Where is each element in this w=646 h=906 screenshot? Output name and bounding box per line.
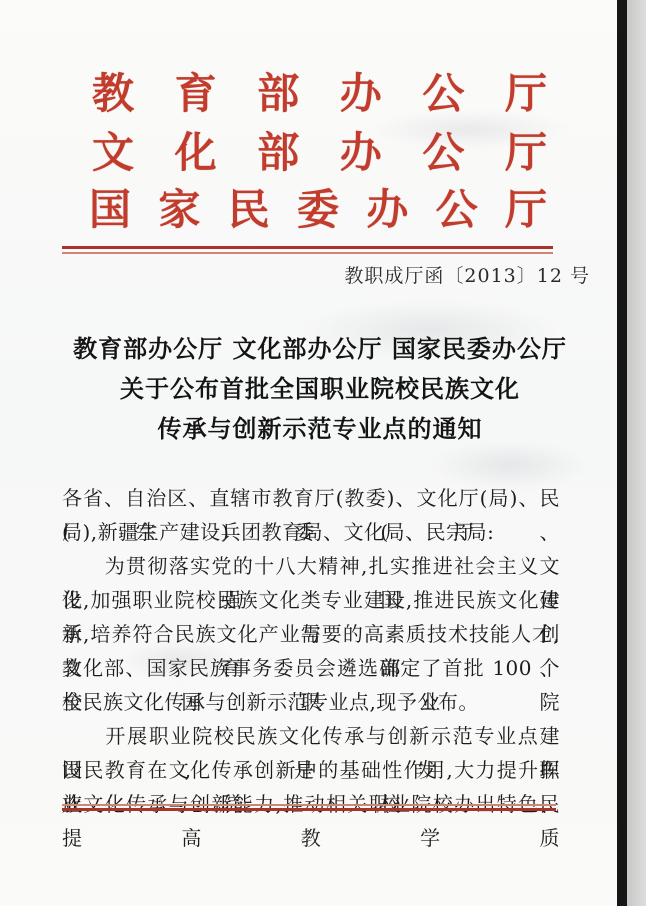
letterhead-character: 国 — [89, 188, 131, 232]
letterhead-character: 厅 — [505, 131, 547, 175]
letterhead-character: 公 — [436, 188, 478, 232]
letterhead-character: 公 — [422, 72, 464, 116]
document-number: 教职成厅函〔2013〕12 号 — [344, 261, 590, 288]
salutation: 各省、自治区、直辖市教育厅(教委)、文化厅(局)、民(宗)委(厅、局),新疆生产… — [62, 481, 560, 549]
notice-body: 各省、自治区、直辖市教育厅(教委)、文化厅(局)、民(宗)委(厅、局),新疆生产… — [62, 481, 560, 821]
title-line-agencies: 教育部办公厅 文化部办公厅 国家民委办公厅 — [62, 329, 578, 369]
letterhead-character: 公 — [422, 131, 464, 175]
letterhead-character: 民 — [228, 188, 270, 232]
text-line: 开展职业院校民族文化传承与创新示范专业点建设,是发挥 — [62, 719, 560, 753]
title-line-subject-2: 传承与创新示范专业点的通知 — [62, 409, 578, 449]
text-line: 各省、自治区、直辖市教育厅(教委)、文化厅(局)、民(宗)委(厅、 — [62, 481, 560, 515]
header-rule-thick — [62, 246, 553, 249]
letterhead-character: 家 — [158, 188, 200, 232]
footer-rule-thin — [62, 804, 556, 806]
letterhead-line-moc: 文化部办公厅 — [92, 131, 547, 175]
title-line-subject-1: 关于公布首批全国职业院校民族文化 — [62, 369, 578, 409]
page-edge-shadow — [617, 0, 627, 906]
footer-rule-thick — [62, 808, 556, 811]
scanner-background-strip — [626, 0, 646, 906]
letterhead-line-seac: 国家民委办公厅 — [89, 188, 547, 232]
notice-title: 教育部办公厅 文化部办公厅 国家民委办公厅 关于公布首批全国职业院校民族文化 传… — [62, 329, 578, 449]
text-line: 局),新疆生产建设兵团教育局、文化局、民宗局: — [62, 515, 560, 549]
letterhead-character: 文 — [92, 131, 134, 175]
letterhead-character: 办 — [340, 131, 382, 175]
letterhead-character: 部 — [257, 72, 299, 116]
letterhead-character: 厅 — [505, 72, 547, 116]
letterhead-character: 化 — [175, 131, 217, 175]
scanned-document-page: 教育部办公厅 文化部办公厅 国家民委办公厅 教职成厅函〔2013〕12 号 教育… — [0, 0, 646, 906]
text-line: 设,加强职业院校民族文化类专业建设,推进民族文化传承与创 — [62, 583, 560, 617]
text-line: 国民教育在文化传承创新中的基础性作用,大力提升职业院校民 — [62, 753, 560, 787]
letterhead-character: 厅 — [505, 188, 547, 232]
letterhead-character: 育 — [175, 72, 217, 116]
letterhead-character: 办 — [340, 72, 382, 116]
text-line: 文化部、国家民族事务委员会遴选确定了首批 100 个全国职业院 — [62, 651, 560, 685]
letterhead-character: 办 — [366, 188, 408, 232]
letterhead-character: 委 — [297, 188, 339, 232]
letterhead-character: 教 — [92, 72, 134, 116]
text-line: 为贯彻落实党的十八大精神,扎实推进社会主义文化强国建 — [62, 549, 560, 583]
letterhead-line-moe: 教育部办公厅 — [92, 72, 547, 116]
header-rule-thin — [62, 252, 553, 254]
paragraph-1: 为贯彻落实党的十八大精神,扎实推进社会主义文化强国建设,加强职业院校民族文化类专… — [62, 549, 560, 719]
letterhead-character: 部 — [257, 131, 299, 175]
text-line: 新,培养符合民族文化产业需要的高素质技术技能人才,教育部、 — [62, 617, 560, 651]
